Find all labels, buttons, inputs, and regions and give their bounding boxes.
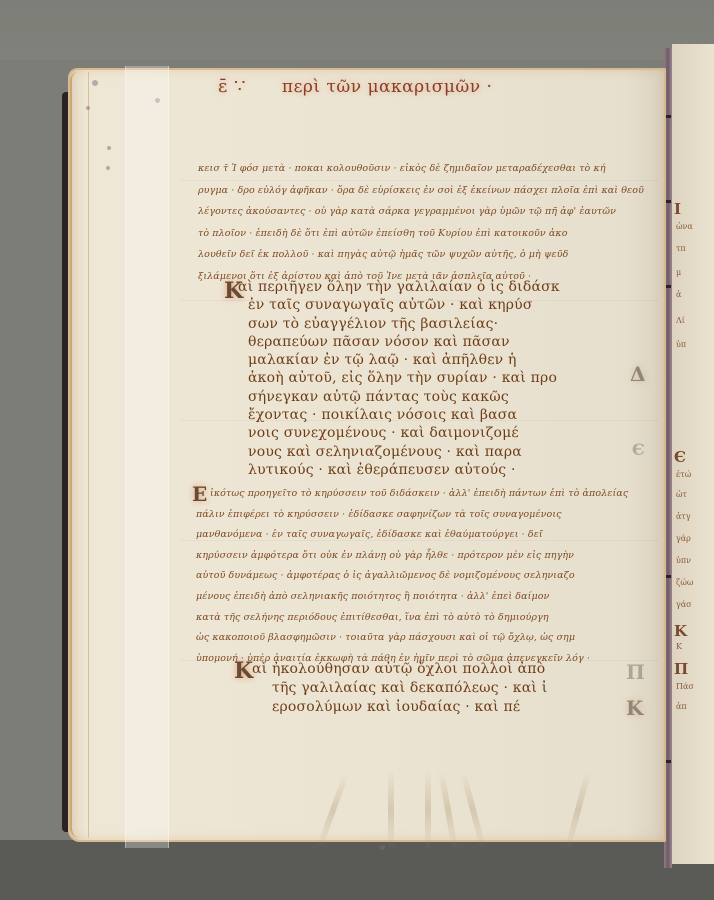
text-line: σήνεγκαν αὐτῷ πάντας τοὺς κακῶς <box>222 388 642 406</box>
smudge-mark <box>425 770 431 850</box>
text-line: μένους ἐπειδὴ ἀπὸ σεληνιακῆς ποιότητος ἢ… <box>196 587 656 608</box>
text-line: κατὰ τῆς σελήνης περιόδους ἐπιτίθεσθαι, … <box>196 608 656 629</box>
facing-text: ἀπ <box>676 702 714 711</box>
text-line: ρυγμα · δρο εὐλόγ ἀφῆκαν · ὅρα δὲ εὑρίσκ… <box>198 180 658 202</box>
smudge-mark <box>388 770 394 850</box>
margin-letter: Π <box>626 660 645 684</box>
ink-stain <box>92 80 98 86</box>
facing-initial: Є <box>674 448 686 466</box>
margin-letter: Κ <box>626 696 643 720</box>
commentary-block-2: ἰκότως προηγεῖτο τὸ κηρύσσειν τοῦ διδάσκ… <box>196 484 656 669</box>
page-edges <box>70 72 89 838</box>
running-head: ε̄ ∵ περὶ τῶν μακαρισμῶν · <box>218 76 492 97</box>
gospel-text-block-1: αὶ περιῆγεν ὅλην τὴν γαλιλαίαν ὁ ἰς διδά… <box>222 278 642 479</box>
facing-text: Πάσ <box>676 682 714 691</box>
text-line: ὡς κακοποιοῦ βλασφημῶσιν · τοιαῦτα γὰρ π… <box>196 628 656 649</box>
facing-initial: Ι <box>674 200 681 218</box>
text-line: σων τὸ εὐαγγέλιον τῆς βασιλείας· <box>222 315 642 333</box>
text-line: αὶ περιῆγεν ὅλην τὴν γαλιλαίαν ὁ ἰς διδά… <box>222 278 642 296</box>
margin-letter: Є <box>632 440 645 459</box>
facing-text: ἀτγ <box>676 512 714 521</box>
background-top <box>0 0 714 60</box>
text-line: αὐτοῦ δυνάμεως · ἀμφοτέρας ὁ ἰς ἀγαλλιῶμ… <box>196 566 656 587</box>
facing-text: ὑπ <box>676 340 714 349</box>
gospel-text-block-2: αὶ ἠκολούθησαν αὐτῷ ὄχλοι πολλοὶ ἀπὸ τῆς… <box>228 660 638 717</box>
text-line: κηρύσσειν ἀμφότερα ὅτι οὐκ ἐν πλάνῃ οὐ γ… <box>196 546 656 567</box>
text-line: ἔχοντας · ποικίλαις νόσοις καὶ βασα <box>222 406 642 424</box>
text-line: πάλιν ἐπιφέρει τὸ κηρύσσειν · ἐδίδασκε σ… <box>196 505 656 526</box>
facing-text: ὠνα <box>676 222 714 231</box>
text-line: μαλακίαν ἐν τῷ λαῷ · καὶ ἀπῆλθεν ἡ <box>222 351 642 369</box>
commentary-block-1: κεισ τ̄ Ἰ φόσ μετὰ · ποκαι κολουθοῦσιν ·… <box>198 158 658 287</box>
text-line: κεισ τ̄ Ἰ φόσ μετὰ · ποκαι κολουθοῦσιν ·… <box>198 158 658 180</box>
text-line: εροσολύμων καὶ ἰουδαίας · καὶ πέ <box>228 698 638 717</box>
margin-letter: Δ <box>630 362 646 386</box>
text-line: μανθανόμενα · ἐν ταῖς συναγωγαῖς, ἐδίδασ… <box>196 525 656 546</box>
ink-stain <box>107 146 111 150</box>
text-line: ἀκοὴ αὐτοῦ, εἰς ὅλην τὴν συρίαν · καὶ πρ… <box>222 369 642 387</box>
text-line: νοις συνεχομένους · καὶ δαιμονιζομέ <box>222 424 642 442</box>
ink-stain <box>380 845 385 850</box>
background-bottom <box>0 840 714 900</box>
ink-stain <box>106 166 110 170</box>
text-line: τῆς γαλιλαίας καὶ δεκαπόλεως · καὶ ἰ <box>228 679 638 698</box>
text-line: λουθεῖν δεῖ ἐκ πολλοῦ · καὶ πηγὰς αὐτῷ ἡ… <box>198 244 658 266</box>
facing-initial: Π <box>674 660 688 678</box>
facing-text: Λί <box>676 316 714 325</box>
facing-text: γάσ <box>676 600 714 609</box>
text-line: αὶ ἠκολούθησαν αὐτῷ ὄχλοι πολλοὶ ἀπὸ <box>228 660 638 679</box>
facing-text: μ <box>676 268 714 277</box>
folio-mark: ε̄ ∵ <box>218 76 246 97</box>
text-line: θεραπεύων πᾶσαν νόσον καὶ πᾶσαν <box>222 333 642 351</box>
facing-text: ζώω <box>676 578 714 587</box>
chapter-title: περὶ τῶν μακαρισμῶν · <box>282 77 493 97</box>
text-line: λυτικούς · καὶ ἐθεράπευσεν αὐτούς · <box>222 461 642 479</box>
facing-text: ἁ <box>676 290 714 299</box>
facing-text: Κ <box>676 642 714 651</box>
text-line: ἰκότως προηγεῖτο τὸ κηρύσσειν τοῦ διδάσκ… <box>196 484 656 505</box>
facing-initial: Κ <box>674 622 687 640</box>
repair-tape <box>125 66 169 848</box>
text-line: τὸ πλοῖον · ἐπειδὴ δὲ ὅτι ἐπὶ αὐτῶν ἐπεί… <box>198 223 658 245</box>
facing-text: ὑπν <box>676 556 714 565</box>
facing-text: γάρ <box>676 534 714 543</box>
facing-text: ἐτώ <box>676 470 714 479</box>
text-line: νους καὶ σεληνιαζομένους · καὶ παρα <box>222 443 642 461</box>
text-line: λέγοντες ἀκούσαντες · οὐ γὰρ κατὰ σάρκα … <box>198 201 658 223</box>
ink-stain <box>86 106 90 110</box>
facing-text: τπ <box>676 244 714 253</box>
facing-text: ὠτ <box>676 490 714 499</box>
text-line: ἐν ταῖς συναγωγαῖς αὐτῶν · καὶ κηρύσ <box>222 296 642 314</box>
